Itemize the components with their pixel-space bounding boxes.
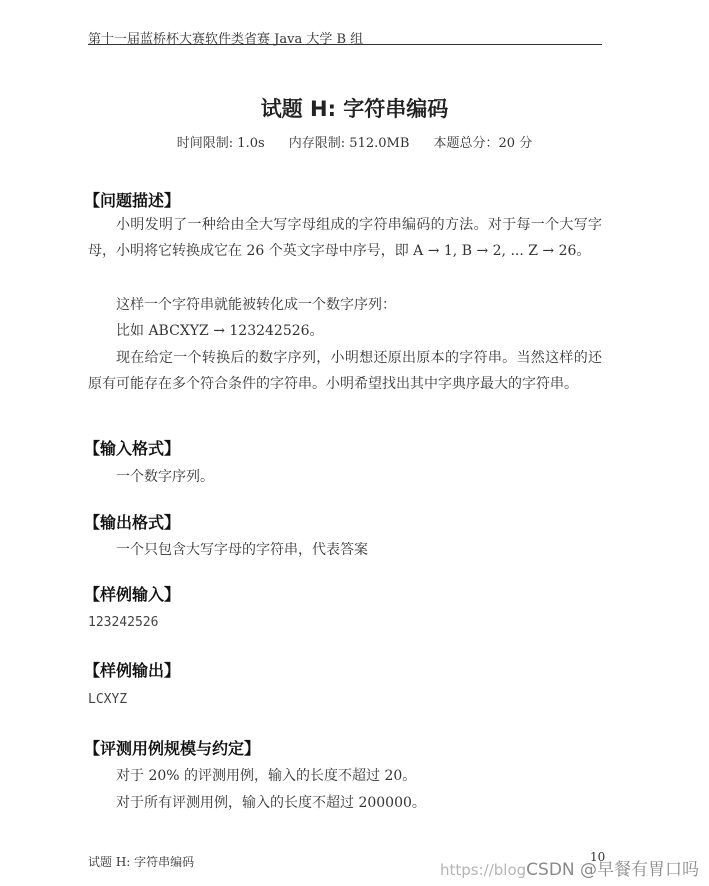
watermark-brand: CSDN @早餐有胃口吗 bbox=[526, 860, 699, 880]
watermark-url: https://blog bbox=[440, 861, 526, 879]
footer-title: 试题 H: 字符串编码 bbox=[88, 853, 194, 870]
section-heading-sample-input: 【样例输入】 bbox=[84, 582, 180, 605]
time-limit: 时间限制: 1.0s bbox=[177, 136, 265, 151]
section-heading-output-format: 【输出格式】 bbox=[84, 510, 180, 533]
constraint-line: 对于所有评测用例，输入的长度不超过 200000。 bbox=[88, 790, 602, 816]
sample-input-code: 123242526 bbox=[88, 615, 158, 630]
problem-limits: 时间限制: 1.0s 内存限制: 512.0MB 本题总分：20 分 bbox=[0, 132, 709, 151]
section-heading-sample-output: 【样例输出】 bbox=[84, 658, 180, 681]
description-example: 比如 ABCXYZ → 123242526。 bbox=[88, 318, 602, 344]
input-format-text: 一个数字序列。 bbox=[88, 464, 602, 490]
total-score: 本题总分：20 分 bbox=[434, 136, 533, 151]
page-number: 10 bbox=[590, 850, 605, 864]
output-format-text: 一个只包含大写字母的字符串，代表答案 bbox=[88, 537, 602, 563]
memory-limit: 内存限制: 512.0MB bbox=[289, 136, 410, 151]
description-paragraph: 现在给定一个转换后的数字序列，小明想还原出原本的字符串。当然这样的还原有可能存在… bbox=[88, 345, 602, 397]
description-paragraph: 这样一个字符串就能被转化成一个数字序列： bbox=[88, 292, 602, 318]
csdn-watermark: https://blogCSDN @早餐有胃口吗 bbox=[440, 855, 699, 880]
section-heading-input-format: 【输入格式】 bbox=[84, 436, 180, 459]
sample-output-code: LCXYZ bbox=[88, 692, 127, 707]
constraint-line: 对于 20% 的评测用例，输入的长度不超过 20。 bbox=[88, 763, 602, 789]
description-paragraph: 小明发明了一种给由全大写字母组成的字符串编码的方法。对于每一个大写字母，小明将它… bbox=[88, 212, 602, 264]
problem-title: 试题 H: 字符串编码 bbox=[0, 93, 709, 123]
section-heading-description: 【问题描述】 bbox=[84, 188, 180, 211]
header-divider bbox=[88, 44, 602, 45]
section-heading-constraints: 【评测用例规模与约定】 bbox=[84, 736, 260, 759]
